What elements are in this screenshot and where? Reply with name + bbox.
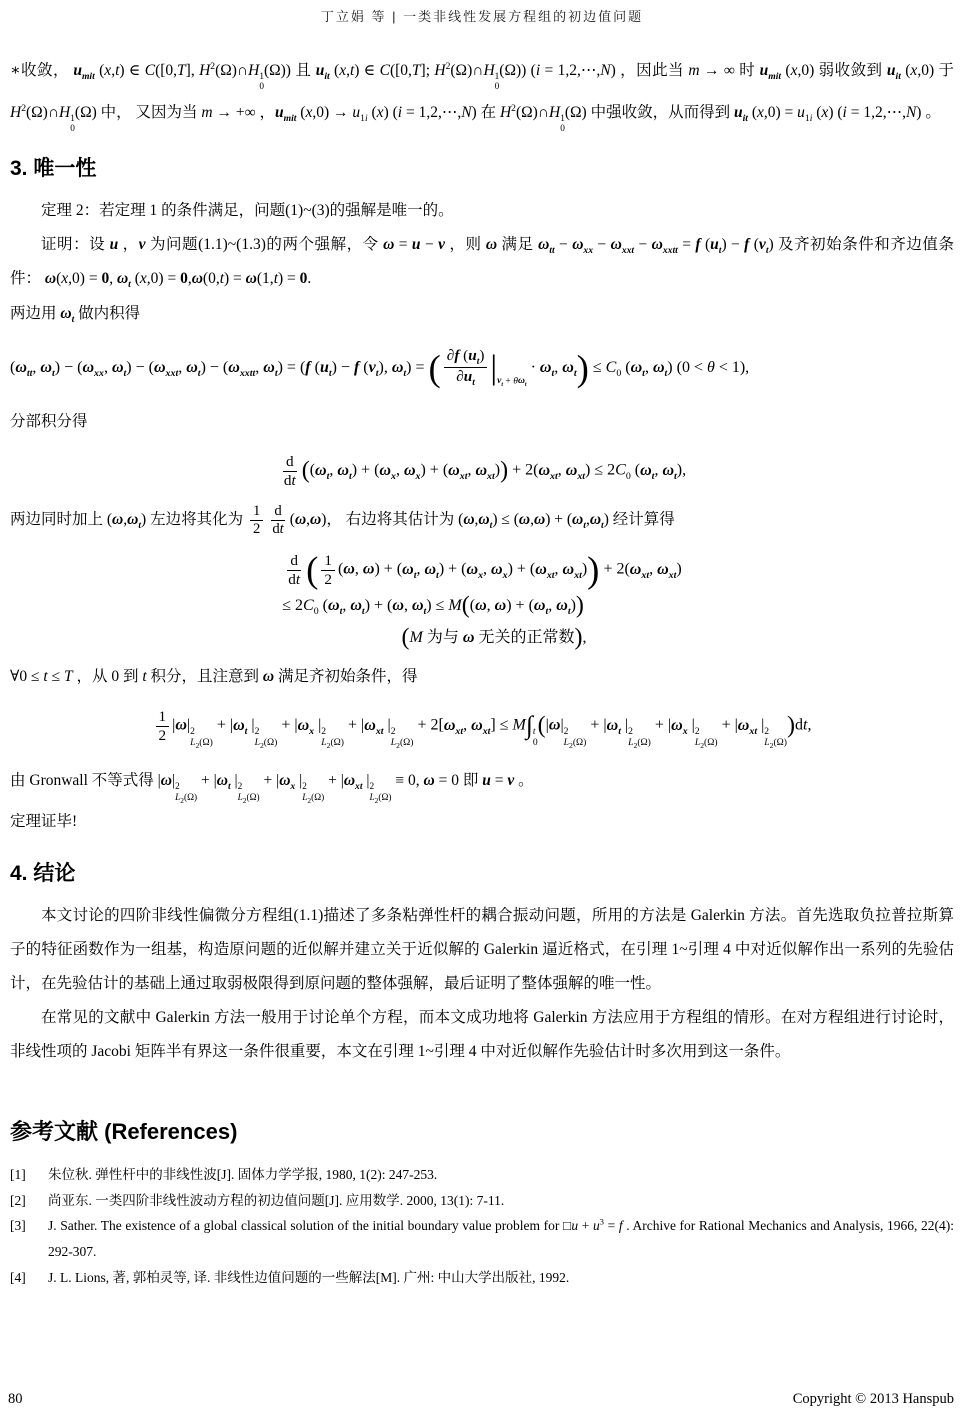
references-heading: 参考文献 (References) [10, 1115, 954, 1146]
equation-combined-line2: ≤ 2C0 (ωt, ωt) + (ω, ωt) ≤ M((ω, ω) + (ω… [282, 594, 681, 620]
page-footer: 80 Copyright © 2013 Hanspub [8, 1391, 954, 1408]
reference-item: [2] 尚亚东. 一类四阶非线性波动方程的初边值问题[J]. 应用数学. 200… [10, 1188, 954, 1214]
references-list: [1] 朱位秋. 弹性杆中的非线性波[J]. 固体力学学报, 1980, 1(2… [10, 1162, 954, 1290]
section-heading-uniqueness: 3. 唯一性 [10, 152, 954, 182]
para-integration-by-parts-intro: 分部积分得 [10, 405, 954, 439]
reference-item: [1] 朱位秋. 弹性杆中的非线性波[J]. 固体力学学报, 1980, 1(2… [10, 1162, 954, 1188]
para-qed: 定理证毕! [10, 805, 954, 839]
equation-combined-line1: ddt(12(ω, ω) + (ωt, ωt) + (ωx, ωx) + (ωx… [282, 552, 681, 588]
section-heading-conclusion: 4. 结论 [10, 857, 954, 887]
para-proof: 证明：设 u ，v 为问题(1.1)~(1.3)的两个强解，令 ω = u − … [10, 228, 954, 296]
para-conclusion-1: 本文讨论的四阶非线性偏微分方程组(1.1)描述了多条粘弹性杆的耦合振动问题，所用… [10, 899, 954, 1001]
paper-page: 丁立娟 等 | 一类非线性发展方程组的初边值问题 ∗收敛， umit (x,t)… [0, 0, 964, 1290]
reference-item: [3] J. Sather. The existence of a global… [10, 1213, 954, 1264]
reference-label: [2] [10, 1188, 48, 1214]
para-conclusion-2: 在常见的文献中 Galerkin 方法一般用于讨论单个方程，而本文成功地将 Ga… [10, 1001, 954, 1069]
reference-text: J. L. Lions, 著, 郭柏灵等, 译. 非线性边值问题的一些解法[M]… [48, 1265, 954, 1291]
equation-norm-inequality: 12|ω|2L2(Ω) + |ωt |2L2(Ω) + |ωx |2L2(Ω) … [10, 708, 954, 750]
reference-label: [4] [10, 1265, 48, 1291]
equation-integration-by-parts: ddt((ωt, ωt) + (ωx, ωx) + (ωxt, ωxt)) + … [10, 453, 954, 489]
page-number: 80 [8, 1391, 23, 1408]
para-integrate-intro: ∀0 ≤ t ≤ T ，从 0 到 t 积分，且注意到 ω 满足齐初始条件，得 [10, 660, 954, 694]
para-add-term: 两边同时加上 (ω,ωt) 左边将其化为 12ddt(ω,ω)， 右边将其估计为… [10, 503, 954, 538]
reference-item: [4] J. L. Lions, 著, 郭柏灵等, 译. 非线性边值问题的一些解… [10, 1265, 954, 1291]
reference-text: J. Sather. The existence of a global cla… [48, 1213, 954, 1264]
para-convergence: ∗收敛， umit (x,t) ∈ C([0,T], H2(Ω)∩H10(Ω))… [10, 51, 954, 134]
reference-label: [3] [10, 1213, 48, 1264]
para-theorem2: 定理 2：若定理 1 的条件满足，问题(1)~(3)的强解是唯一的。 [10, 194, 954, 228]
running-head: 丁立娟 等 | 一类非线性发展方程组的初边值问题 [10, 6, 954, 25]
equation-combined-estimate: ddt(12(ω, ω) + (ωt, ωt) + (ωx, ωx) + (ωx… [282, 552, 681, 650]
equation-inner-product: (ωtt, ωt) − (ωxx, ωt) − (ωxxt, ωt) − (ωx… [10, 347, 954, 390]
reference-text: 朱位秋. 弹性杆中的非线性波[J]. 固体力学学报, 1980, 1(2): 2… [48, 1162, 954, 1188]
para-gronwall: 由 Gronwall 不等式得 |ω|2L2(Ω) + |ωt |2L2(Ω) … [10, 764, 954, 804]
reference-label: [1] [10, 1162, 48, 1188]
reference-text: 尚亚东. 一类四阶非线性波动方程的初边值问题[J]. 应用数学. 2000, 1… [48, 1188, 954, 1214]
equation-combined-note: (M 为与 ω 无关的正常数), [282, 626, 681, 650]
copyright: Copyright © 2013 Hanspub [793, 1391, 954, 1408]
para-inner-product-intro: 两边用 ωt 做内积得 [10, 297, 954, 331]
